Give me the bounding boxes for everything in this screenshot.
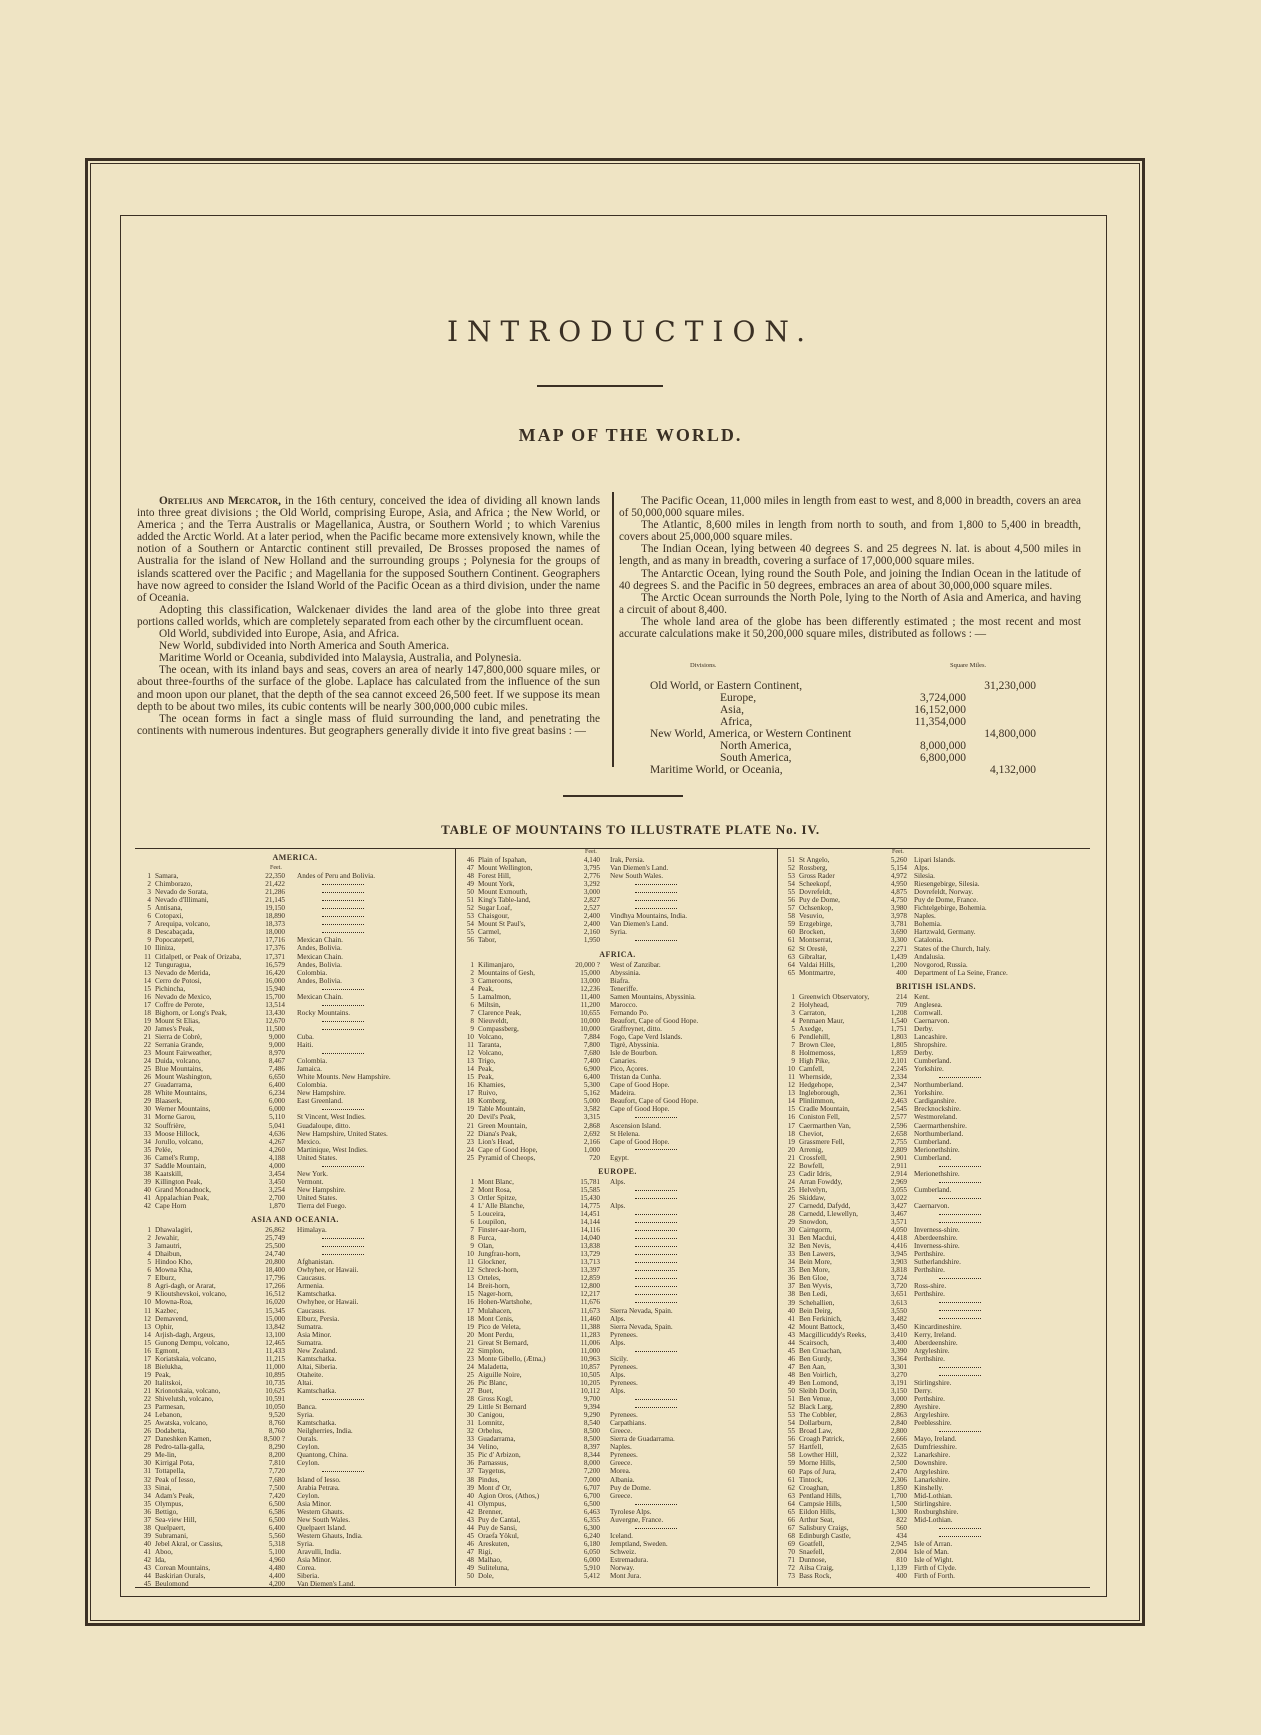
ditto-line (939, 1310, 981, 1311)
mountain-number: 52 (460, 904, 474, 912)
mountain-row: 8Descabaçada,18,000 (137, 928, 453, 936)
mountain-name: The Cobbler, (799, 1411, 837, 1419)
mountain-location: Westmoreland. (914, 1113, 957, 1121)
ditto-dash (635, 1500, 677, 1508)
mountain-name: Cameroons, (478, 977, 513, 985)
mountain-location: Shropshire. (914, 1041, 947, 1049)
mountain-height-feet: 3,724 (867, 1274, 907, 1282)
mountain-number: 17 (460, 1089, 474, 1097)
mountain-number: 58 (781, 1451, 795, 1459)
mountain-name: Table Mountain, (478, 1105, 525, 1113)
mountain-name: Olympus, (478, 1500, 506, 1508)
mountain-name: Dhaibun, (155, 1250, 182, 1258)
mountain-number: 17 (460, 1307, 474, 1315)
mountain-location: Western Ghauts. (297, 1508, 344, 1516)
mountain-name: Camfell, (799, 1065, 824, 1073)
mountain-row: 19Mount St Elias,12,670 (137, 1017, 453, 1025)
mountain-location: Estremadura. (610, 1556, 648, 1564)
mountain-location: Ceylon. (297, 1459, 320, 1467)
mountain-row: 22Diana's Peak,2,692St Helena. (460, 1130, 775, 1138)
ditto-dash (635, 888, 677, 896)
mountain-name: Hohen-Wartshohe, (478, 1298, 532, 1306)
mountain-location: Cuba. (297, 1033, 314, 1041)
mountain-name: Rossberg, (799, 864, 827, 872)
mountain-name: Italitskoi, (155, 1379, 182, 1387)
mountain-number: 20 (460, 1113, 474, 1121)
ditto-line (939, 1536, 981, 1537)
mountain-location: Alps. (610, 1371, 625, 1379)
mountain-height-feet: 17,371 (245, 953, 285, 961)
mountain-number: 47 (460, 1548, 474, 1556)
mountain-name: Green Mountain, (478, 1122, 527, 1130)
mountain-row: 4L' Alle Blanche,14,775Alps. (460, 1202, 775, 1210)
feet-column-header: Feet. (137, 864, 453, 872)
mountain-number: 25 (460, 1371, 474, 1379)
mountain-name: Ben More, (799, 1266, 830, 1274)
mountain-height-feet: 14,144 (560, 1218, 600, 1226)
mountain-name: Canigou, (478, 1411, 504, 1419)
mountain-row: 33Sinai,7,500Arabia Petræa. (137, 1484, 453, 1492)
mountain-row: 57Hartfell,2,635Dumfriesshire. (781, 1443, 1091, 1451)
mountain-height-feet: 2,635 (867, 1443, 907, 1451)
ditto-dash (635, 1250, 677, 1258)
ditto-line (635, 1238, 677, 1239)
mountain-location: Yorkshire. (914, 1089, 944, 1097)
mountain-height-feet: 12,236 (560, 985, 600, 993)
mountain-number: 19 (781, 1138, 795, 1146)
mountain-location: Kerry, Ireland. (914, 1331, 956, 1339)
mountain-number: 40 (781, 1307, 795, 1315)
ditto-dash (635, 1298, 677, 1306)
mountain-row: 25Aiguille Noire,10,505Alps. (460, 1371, 775, 1379)
mountain-number: 28 (137, 1089, 151, 1097)
mountain-location: Greece. (610, 1427, 632, 1435)
ditto-dash (635, 1266, 677, 1274)
mountain-location: Caucasus. (297, 1307, 326, 1315)
ditto-dash (635, 1290, 677, 1298)
mountain-location: Downshire. (914, 1459, 947, 1467)
mountain-name: Kazbec, (155, 1307, 178, 1315)
mountain-height-feet: 8,760 (245, 1419, 285, 1427)
mountain-name: Pelée, (155, 1146, 172, 1154)
mountain-number: 48 (460, 872, 474, 880)
mountain-location: United States. (297, 1194, 337, 1202)
mountain-name: Quelpaert, (155, 1524, 185, 1532)
mountain-height-feet: 22,350 (245, 872, 285, 880)
mountain-location: Argyleshire. (914, 1468, 950, 1476)
mountain-name: Ben Voirlich, (799, 1371, 837, 1379)
title-rule (537, 385, 663, 387)
mountain-row: 35Pic d' Arbizon,8,344Pyrenees. (460, 1451, 775, 1459)
mountain-location: Sutherlandshire. (914, 1258, 961, 1266)
mountain-row: 4Penmaen Maur,1,540Caernarvon. (781, 1017, 1091, 1025)
division-subtotal: 3,724,000 (900, 692, 966, 704)
mountain-height-feet: 11,000 (245, 1363, 285, 1371)
mountain-location: Quelpaert Island. (297, 1524, 347, 1532)
ditto-dash (635, 1234, 677, 1242)
mountain-location: Novgorod, Russia. (914, 961, 968, 969)
mountain-height-feet: 3,055 (867, 1186, 907, 1194)
mountain-number: 10 (460, 1033, 474, 1041)
mountain-name: Volcano, (478, 1049, 503, 1057)
mountain-height-feet: 822 (867, 1516, 907, 1524)
table-column-divider (455, 848, 456, 1586)
mountain-number: 23 (137, 1049, 151, 1057)
mountain-row: 33Ben Lawers,3,945Perthshire. (781, 1250, 1091, 1258)
mountain-height-feet: 8,200 (245, 1451, 285, 1459)
paragraph: The Pacific Ocean, 11,000 miles in lengt… (619, 495, 1081, 519)
mountain-number: 7 (460, 1009, 474, 1017)
mountain-height-feet: 8,344 (560, 1451, 600, 1459)
mountain-location: Argyleshire. (914, 1347, 950, 1355)
mountain-height-feet: 19,150 (245, 904, 285, 912)
mountain-row: 46Areskuten,6,180Jemptland, Sweden. (460, 1540, 775, 1548)
mountain-location: East Greenland. (297, 1097, 343, 1105)
mountain-number: 36 (781, 1274, 795, 1282)
mountain-number: 45 (781, 1347, 795, 1355)
mountain-height-feet: 3,000 (867, 1395, 907, 1403)
mountain-location: Roxburghshire. (914, 1508, 958, 1516)
mountain-location: Isle of Wight. (914, 1556, 953, 1564)
mountain-row: 27Daneshken Kamen,8,500 ?Ourals. (137, 1435, 453, 1443)
mountain-name: Dole, (478, 1572, 494, 1580)
mountain-location: Tyrolese Alps. (610, 1508, 651, 1516)
mountain-number: 43 (781, 1331, 795, 1339)
mountain-height-feet: 13,838 (560, 1242, 600, 1250)
mountain-row: 36Bettigo,6,586Western Ghauts. (137, 1508, 453, 1516)
ditto-line (939, 1278, 981, 1279)
mountain-height-feet: 4,960 (245, 1556, 285, 1564)
mountain-name: Monte Gibello, (Ætna,) (478, 1355, 545, 1363)
mountain-number: 7 (460, 1226, 474, 1234)
mountain-height-feet: 11,283 (560, 1331, 600, 1339)
mountain-name: Mount Washington, (155, 1073, 212, 1081)
mountain-name: St Orestè, (799, 945, 827, 953)
mountain-number: 3 (781, 1009, 795, 1017)
mountain-name: Furca, (478, 1234, 496, 1242)
mountain-number: 18 (137, 1363, 151, 1371)
mountain-height-feet: 3,364 (867, 1355, 907, 1363)
mountain-name: Tottapella, (155, 1467, 185, 1475)
mountain-number: 29 (460, 1403, 474, 1411)
mountain-number: 71 (781, 1556, 795, 1564)
mountain-row: 21Sierra de Cobrè,9,000Cuba. (137, 1033, 453, 1041)
mountain-row: 6Loupilon,14,144 (460, 1218, 775, 1226)
mountain-name: Dollarburn, (799, 1419, 832, 1427)
mountain-row: 13Nevado de Merida,16,420Colombia. (137, 969, 453, 977)
mountain-name: Kirrigal Pota, (155, 1459, 194, 1467)
mountain-location: Greece. (610, 1492, 632, 1500)
ditto-dash (322, 1234, 364, 1242)
mountain-number: 11 (460, 1258, 474, 1266)
mountain-name: Tabor, (478, 936, 496, 944)
mountain-location: Kamtschatka. (297, 1387, 336, 1395)
mountain-name: Rigi, (478, 1548, 492, 1556)
mountain-number: 52 (781, 864, 795, 872)
mountain-height-feet: 5,412 (560, 1572, 600, 1580)
mountain-row: 15Cradle Mountain,2,545Brecknockshire. (781, 1105, 1091, 1113)
mountain-height-feet: 709 (867, 1001, 907, 1009)
mountain-name: Crossfell, (799, 1154, 827, 1162)
mountain-height-feet: 25,749 (245, 1234, 285, 1242)
mountain-number: 30 (137, 1105, 151, 1113)
mountain-location: Andes, Bolivia. (297, 977, 342, 985)
mountain-row: 8Agri-dagh, or Ararat,17,266Armenia. (137, 1282, 453, 1290)
mountain-height-feet: 11,200 (560, 1001, 600, 1009)
mountain-location: New Zealand. (297, 1347, 337, 1355)
mountain-height-feet: 4,000 (245, 1162, 285, 1170)
mountain-location: Schweiz. (610, 1548, 636, 1556)
mountain-location: Cumberland. (914, 1057, 951, 1065)
mountain-number: 24 (137, 1057, 151, 1065)
mountain-number: 6 (781, 1033, 795, 1041)
mountain-height-feet: 2,500 (867, 1459, 907, 1467)
ditto-line (322, 1254, 364, 1255)
mountain-location: Caernarvon. (914, 1202, 949, 1210)
feet-label: Feet. (270, 864, 282, 872)
mountain-height-feet: 3,651 (867, 1290, 907, 1298)
mountain-height-feet: 24,740 (245, 1250, 285, 1258)
mountain-row: 49Ben Lomond,3,191Stirlingshire. (781, 1379, 1091, 1387)
paragraph: The Indian Ocean, lying between 40 degre… (619, 543, 1081, 567)
ditto-line (635, 1270, 677, 1271)
mountain-name: Black Larg, (799, 1403, 833, 1411)
mountain-height-feet: 3,482 (867, 1315, 907, 1323)
mountain-row: 26Mount Washington,6,650White Mounts. Ne… (137, 1073, 453, 1081)
mountain-height-feet: 6,240 (560, 1532, 600, 1540)
mountain-location: Samen Mountains, Abyssinia. (610, 993, 696, 1001)
mountain-location: Mexican Chain. (297, 993, 343, 1001)
mountain-number: 52 (781, 1403, 795, 1411)
mountain-height-feet: 20,000 ? (560, 961, 600, 969)
col-square-miles-header: Square Miles. (950, 662, 986, 669)
mountain-location: Firth of Forth. (914, 1572, 955, 1580)
ditto-line (635, 1246, 677, 1247)
mountain-row: 13Orteles,12,859 (460, 1274, 775, 1282)
mountain-location: Haiti. (297, 1041, 313, 1049)
mountain-row: 66Arthur Seat,822Mid-Lothian. (781, 1516, 1091, 1524)
mountain-name: Daneshken Kamen, (155, 1435, 211, 1443)
section-rule (563, 795, 683, 797)
mountain-row: 7Clarence Peak,10,655Fernando Po. (460, 1009, 775, 1017)
mountain-location: Owhyhee, or Hawaii. (297, 1266, 358, 1274)
mountain-row: 9Klioutshevskoi, volcano,16,512Kamtschat… (137, 1290, 453, 1298)
mountain-height-feet: 15,345 (245, 1307, 285, 1315)
mountain-location: Isle de Bourbon. (610, 1049, 658, 1057)
mountain-number: 8 (460, 1017, 474, 1025)
mountain-location: Afghanistan. (297, 1258, 334, 1266)
division-row: Old World, or Eastern Continent,31,230,0… (650, 680, 1070, 692)
ditto-dash (939, 1274, 981, 1282)
mountain-name: Subramani, (155, 1532, 188, 1540)
mountain-name: Gross Rader (799, 872, 835, 880)
mountain-height-feet: 6,355 (560, 1516, 600, 1524)
mountain-row: 18Bielukha,11,000Altai, Siberia. (137, 1363, 453, 1371)
mountain-number: 65 (781, 969, 795, 977)
mountain-number: 17 (781, 1122, 795, 1130)
mountain-number: 49 (460, 880, 474, 888)
mountain-number: 70 (781, 1548, 795, 1556)
mountain-height-feet: 16,020 (245, 1298, 285, 1306)
mountain-number: 22 (460, 1347, 474, 1355)
ditto-line (635, 1302, 677, 1303)
mountain-number: 20 (137, 1379, 151, 1387)
mountain-row: 30Kirrigal Pota,7,810Ceylon. (137, 1459, 453, 1467)
mountain-number: 16 (460, 1298, 474, 1306)
mountain-number: 26 (460, 1379, 474, 1387)
division-row: Maritime World, or Oceania,4,132,000 (650, 764, 1070, 776)
mountain-height-feet: 13,729 (560, 1250, 600, 1258)
mountain-location: Firth of Clyde. (914, 1564, 957, 1572)
ditto-line (322, 1005, 364, 1006)
mountain-location: Pyrenees. (610, 1451, 638, 1459)
mountain-row: 37Sea-view Hill,6,500New South Wales. (137, 1516, 453, 1524)
mountain-number: 34 (460, 1443, 474, 1451)
mountain-row: 40Bein Deirg,3,550 (781, 1307, 1091, 1315)
mountain-number: 15 (460, 1290, 474, 1298)
mountain-row: 63Gibraltar,1,439Andalusia. (781, 953, 1091, 961)
mountain-height-feet: 3,300 (867, 936, 907, 944)
mountain-name: Jamautri, (155, 1242, 182, 1250)
mountain-height-feet: 2,945 (867, 1540, 907, 1548)
mountain-height-feet: 2,914 (867, 1170, 907, 1178)
mountain-height-feet: 2,400 (560, 912, 600, 920)
mountain-height-feet: 1,805 (867, 1041, 907, 1049)
mountain-name: Brocken, (799, 928, 825, 936)
mountain-number: 37 (137, 1162, 151, 1170)
mountain-name: Duida, volcano, (155, 1057, 201, 1065)
mountain-row: 38Quelpaert,6,400Quelpaert Island. (137, 1524, 453, 1532)
mountain-number: 2 (137, 880, 151, 888)
mountain-name: Schreck-horn, (478, 1266, 519, 1274)
mountain-row: 6Mowna Kha,18,400Owhyhee, or Hawaii. (137, 1266, 453, 1274)
mountain-row: 7Brown Clee,1,805Shropshire. (781, 1041, 1091, 1049)
mountain-name: Forest Hill, (478, 872, 511, 880)
mountain-number: 33 (137, 1130, 151, 1138)
mountain-number: 29 (137, 1097, 151, 1105)
mountain-height-feet: 3,795 (560, 864, 600, 872)
mountain-name: Ben Lawers, (799, 1250, 835, 1258)
mountain-location: Elburz, Persia. (297, 1315, 339, 1323)
mountain-row: 8Nieuveldt,10,000Beaufort, Cape of Good … (460, 1017, 775, 1025)
mountain-number: 13 (137, 969, 151, 977)
ditto-line (939, 1302, 981, 1303)
mountain-height-feet: 5,041 (245, 1122, 285, 1130)
mountain-name: Holmemoss, (799, 1049, 835, 1057)
mountain-name: Gibraltar, (799, 953, 826, 961)
mountain-height-feet: 8,467 (245, 1057, 285, 1065)
mountain-name: Appalachian Peak, (155, 1194, 209, 1202)
mountain-row: 7Elburz,17,796Caucasus. (137, 1274, 453, 1282)
mountain-number: 18 (460, 1097, 474, 1105)
mountain-height-feet: 8,290 (245, 1443, 285, 1451)
ditto-line (635, 884, 677, 885)
mountain-name: Mont Cenis, (478, 1315, 514, 1323)
mountain-name: Little St Bernard (478, 1403, 526, 1411)
mountain-row: 16Nevado de Mexico,15,700Mexican Chain. (137, 993, 453, 1001)
mountain-location: Cornwall. (914, 1009, 943, 1017)
mountain-number: 40 (137, 1186, 151, 1194)
mountain-number: 32 (460, 1427, 474, 1435)
mountain-row: 1Dhawalagiri,26,862Himalaya. (137, 1226, 453, 1234)
mountain-row: 32Ben Nevis,4,416Inverness-shire. (781, 1242, 1091, 1250)
mountain-height-feet: 10,625 (245, 1387, 285, 1395)
mountain-name: Jungfrau-horn, (478, 1250, 521, 1258)
mountain-row: 29Blaaserk,6,000East Greenland. (137, 1097, 453, 1105)
mountain-height-feet: 7,680 (245, 1476, 285, 1484)
ditto-dash (322, 888, 364, 896)
ditto-dash (322, 1105, 364, 1113)
mountain-number: 21 (137, 1033, 151, 1041)
mountain-name: Mont Rosa, (478, 1186, 512, 1194)
mountain-height-feet: 5,910 (560, 1564, 600, 1572)
mountain-row: 40Jebel Akral, or Cassius,5,318Syria. (137, 1540, 453, 1548)
mountain-location: Carpathians. (610, 1419, 646, 1427)
ditto-dash (322, 1162, 364, 1170)
mountain-height-feet: 17,716 (245, 936, 285, 944)
mountain-name: Clarence Peak, (478, 1009, 521, 1017)
mountain-location: Lancashire. (914, 1033, 947, 1041)
mountain-row: 11Whernside,2,334 (781, 1073, 1091, 1081)
mountain-name: Mont d' Or, (478, 1484, 511, 1492)
mountain-name: Descabaçada, (155, 928, 194, 936)
mountain-row: 12Volcano,7,680Isle de Bourbon. (460, 1049, 775, 1057)
mountain-location: Tigrè, Abyssinia. (610, 1041, 659, 1049)
mountain-location: Alps. (610, 1178, 625, 1186)
mountain-row: 46Plain of Ispahan,4,140Irak, Persia. (460, 856, 775, 864)
mountain-location: Perthshire. (914, 1395, 945, 1403)
ditto-dash (322, 1025, 364, 1033)
mountain-row: 58Vesuvio,3,978Naples. (781, 912, 1091, 920)
mountain-height-feet: 4,750 (867, 896, 907, 904)
mountain-number: 8 (137, 1282, 151, 1290)
mountain-height-feet: 6,000 (245, 1097, 285, 1105)
mountain-number: 1 (137, 1226, 151, 1234)
mountain-row: 36Camel's Rump,4,188United States. (137, 1154, 453, 1162)
mountain-row: 19Grassmere Fell,2,755Cumberland. (781, 1138, 1091, 1146)
mountain-name: Campsie Hills, (799, 1500, 842, 1508)
mountain-row: 5Axedge,1,751Derby. (781, 1025, 1091, 1033)
mountain-name: Croaghan, (799, 1484, 829, 1492)
mountain-number: 6 (460, 1001, 474, 1009)
mountain-name: Nevado de Mexico, (155, 993, 211, 1001)
mountain-height-feet: 2,776 (560, 872, 600, 880)
ditto-line (322, 1053, 364, 1054)
mountain-row: 51Ben Venue,3,000Perthshire. (781, 1395, 1091, 1403)
mountain-height-feet: 4,416 (867, 1242, 907, 1250)
mountain-height-feet: 26,862 (245, 1226, 285, 1234)
division-subtotal: 8,000,000 (900, 740, 966, 752)
mountain-number: 12 (460, 1266, 474, 1274)
mountain-location: Beaufort, Cape of Good Hope. (610, 1097, 698, 1105)
mountain-number: 32 (137, 1122, 151, 1130)
ditto-dash (635, 1210, 677, 1218)
mountain-location: Aravulli, India. (297, 1548, 341, 1556)
mountains-table-title: TABLE OF MOUNTAINS TO ILLUSTRATE PLATE N… (0, 822, 1261, 838)
ditto-line (635, 1117, 677, 1118)
mountain-location: Perthshire. (914, 1266, 945, 1274)
mountain-height-feet: 2,470 (867, 1468, 907, 1476)
mountain-number: 9 (137, 1290, 151, 1298)
mountain-name: Blue Mountains, (155, 1065, 203, 1073)
mountain-height-feet: 3,454 (245, 1170, 285, 1178)
ditto-dash (939, 1532, 981, 1540)
mountain-height-feet: 1,870 (245, 1202, 285, 1210)
mountain-location: Silesia. (914, 872, 935, 880)
paragraph: The Arctic Ocean surrounds the North Pol… (619, 592, 1081, 616)
mountain-number: 64 (781, 1500, 795, 1508)
mountain-number: 28 (460, 1395, 474, 1403)
